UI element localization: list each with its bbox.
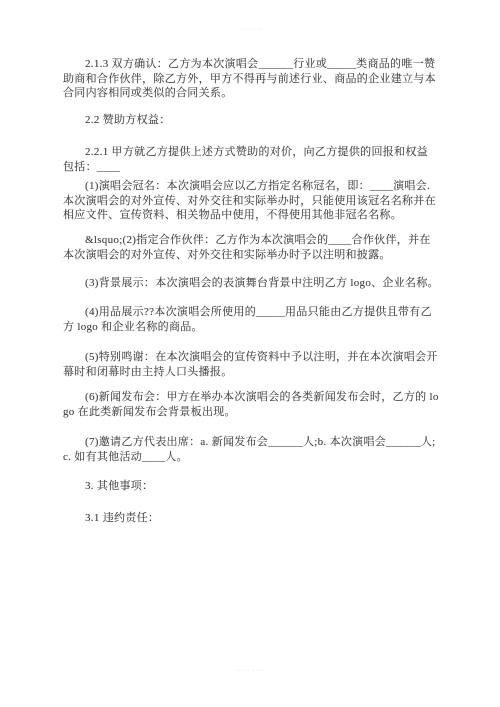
heading-2-2-sponsor-rights: 2.2 赞助方权益： xyxy=(63,113,439,128)
clause-2-2-1-returns-and-rights: 2.2.1 甲方就乙方提供上述方式赞助的对价，向乙方提供的回报和权益包括：___… xyxy=(63,145,439,174)
clause-2-1-3-mutual-confirmation: 2.1.3 双方确认：乙方为本次演唱会______行业或_____类商品的唯一赞… xyxy=(63,57,439,101)
item-6-press-conference: (6)新闻发布会：甲方在举办本次演唱会的各类新闻发布会时，乙方的 logo 在此… xyxy=(63,390,439,419)
item-4-supplies-display: (4)用品展示??本次演唱会所使用的_____用品只能由乙方提供且带有乙方 lo… xyxy=(63,305,439,334)
item-3-background-display: (3)背景展示：本次演唱会的表演舞台背景中注明乙方 logo、企业名称。 xyxy=(63,276,439,291)
item-5-special-thanks: (5)特别鸣谢：在本次演唱会的宣传资料中予以注明，并在本次演唱会开幕时和闭幕时由… xyxy=(63,350,439,379)
item-7-invite-party-b-representatives: (7)邀请乙方代表出席：a. 新闻发布会______人;b. 本次演唱会____… xyxy=(63,435,439,464)
item-2-designated-partner: &lsquo;(2)指定合作伙伴：乙方作为本次演唱会的____合作伙伴，并在本次… xyxy=(63,233,439,262)
heading-3-other-matters: 3. 其他事项： xyxy=(63,479,439,494)
watermark-bottom: ····· ···· xyxy=(0,667,500,675)
contract-document-page: ········· 2.1.3 双方确认：乙方为本次演唱会______行业或__… xyxy=(0,0,500,707)
watermark-top: ········· xyxy=(0,26,500,34)
heading-3-1-breach-liability: 3.1 违约责任： xyxy=(63,511,439,526)
item-1-concert-naming: (1)演唱会冠名：本次演唱会应以乙方指定名称冠名，即：____演唱会.本次演唱会… xyxy=(63,179,439,223)
